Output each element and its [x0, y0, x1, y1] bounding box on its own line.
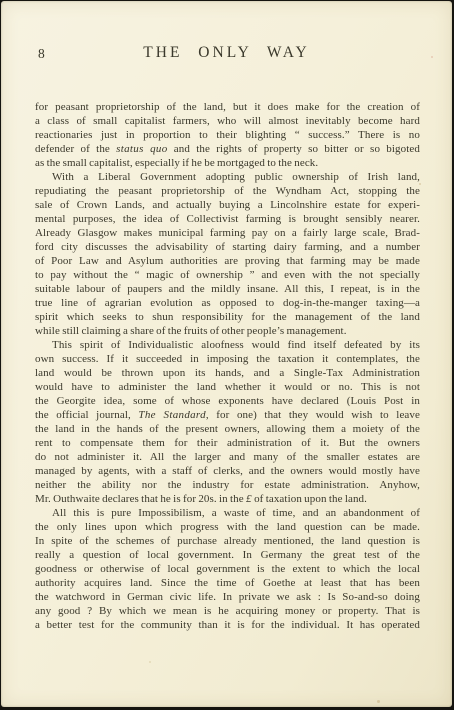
text-segment: In spite of the schemes of purchase alre… [35, 535, 420, 547]
text-segment: any good ? By which we mean is he acquir… [35, 605, 420, 617]
text-segment: repudiating the peasant proprietorship o… [35, 185, 420, 197]
text-segment: own success. If it succeeded in imposing… [35, 353, 420, 365]
text-line: the land in the hands of the present own… [35, 422, 420, 436]
text-line: defender of the status quo and the right… [35, 142, 420, 156]
text-line: rent to compensate them for their admini… [35, 436, 420, 450]
text-line: managed by agents, with a staff of clerk… [35, 464, 420, 478]
text-line: own success. If it succeeded in imposing… [35, 352, 420, 366]
text-segment: defender of the [35, 143, 116, 155]
text-segment: really a question of local government. I… [35, 549, 420, 561]
text-segment: would have to administer the land whethe… [35, 381, 420, 393]
text-segment: while still claiming a share of the frui… [35, 325, 347, 337]
running-head: 8 THE ONLY WAY [35, 44, 418, 64]
text-line: any good ? By which we mean is he acquir… [35, 604, 420, 618]
book-page: 8 THE ONLY WAY for peasant proprietorshi… [1, 1, 452, 707]
text-segment: sale of Crown Lands, and actually buying… [35, 199, 420, 211]
text-line: a class of small capitalist farmers, who… [35, 114, 420, 128]
text-line: the Georgite idea, some of whose exponen… [35, 394, 420, 408]
text-line: goodness or otherwise of local governmen… [35, 562, 420, 576]
text-line: a better test for the community than it … [35, 618, 420, 632]
text-segment: mental purposes, the idea of Collectivis… [35, 213, 420, 225]
text-segment: ford city discusses the advisability of … [35, 241, 420, 253]
text-segment: spirit which seeks to shun responsibilit… [35, 311, 420, 323]
text-segment: Already Glasgow makes municipal farming … [35, 227, 420, 239]
text-segment: true line of agrarian evolution as oppos… [35, 297, 420, 309]
paper-speck [419, 183, 421, 185]
text-segment: All this is pure Impossibilism, a waste … [52, 507, 420, 519]
text-line: sale of Crown Lands, and actually buying… [35, 198, 420, 212]
page-title: THE ONLY WAY [35, 44, 418, 62]
text-segment: a class of small capitalist farmers, who… [35, 115, 420, 127]
text-line: In spite of the schemes of purchase alre… [35, 534, 420, 548]
text-segment: Mr. Outhwaite declares that he is for 20… [35, 493, 246, 505]
text-line: of Poor Law and Asylum authorities are p… [35, 254, 420, 268]
text-line: the watchword in German civic life. In p… [35, 590, 420, 604]
paper-speck [149, 661, 151, 663]
text-segment: and the rights of property so bitter or … [168, 143, 420, 155]
text-line: Already Glasgow makes municipal farming … [35, 226, 420, 240]
text-segment: for peasant proprietorship of the land, … [35, 101, 420, 113]
text-line: ford city discusses the advisability of … [35, 240, 420, 254]
text-line: land would be thrown upon its hands, and… [35, 366, 420, 380]
text-segment: a better test for the community than it … [35, 619, 420, 631]
text-segment: With a Liberal Government adopting publi… [52, 171, 420, 183]
text-line: the only lines upon which progress with … [35, 520, 420, 534]
text-line: the official journal, The Standard, for … [35, 408, 420, 422]
text-segment: suitable labour of paupers and the mildl… [35, 283, 420, 295]
text-line: authority acquires land. Since the time … [35, 576, 420, 590]
text-line: spirit which seeks to shun responsibilit… [35, 310, 420, 324]
text-segment: land would be thrown upon its hands, and… [35, 367, 420, 379]
text-block: for peasant proprietorship of the land, … [35, 100, 420, 632]
text-line: suitable labour of paupers and the mildl… [35, 282, 420, 296]
text-line: really a question of local government. I… [35, 548, 420, 562]
text-segment: The Standard [138, 409, 205, 421]
text-segment: the official journal, [35, 409, 138, 421]
text-segment: do not administer it. All the larger and… [35, 451, 420, 463]
text-segment: managed by agents, with a staff of clerk… [35, 465, 420, 477]
text-line: do not administer it. All the larger and… [35, 450, 420, 464]
page-number: 8 [38, 47, 45, 61]
text-line: as the small capitalist, especially if h… [35, 156, 420, 170]
text-segment: of taxation upon the land. [252, 493, 367, 505]
text-segment: authority acquires land. Since the time … [35, 577, 420, 589]
text-segment: the Georgite idea, some of whose exponen… [35, 395, 420, 407]
paper-speck [377, 700, 380, 703]
text-segment: the land in the hands of the present own… [35, 423, 420, 435]
text-line: neither the ability nor the industry for… [35, 478, 420, 492]
text-line: All this is pure Impossibilism, a waste … [35, 506, 420, 520]
text-line: for peasant proprietorship of the land, … [35, 100, 420, 114]
text-line: repudiating the peasant proprietorship o… [35, 184, 420, 198]
text-segment: , for one) that they would wish to leave [206, 409, 420, 421]
text-line: This spirit of Individualistic aloofness… [35, 338, 420, 352]
text-line: would have to administer the land whethe… [35, 380, 420, 394]
text-segment: goodness or otherwise of local governmen… [35, 563, 420, 575]
text-line: while still claiming a share of the frui… [35, 324, 420, 338]
text-segment: rent to compensate them for their admini… [35, 437, 420, 449]
text-line: mental purposes, the idea of Collectivis… [35, 212, 420, 226]
text-segment: the only lines upon which progress with … [35, 521, 420, 533]
text-segment: This spirit of Individualistic aloofness… [52, 339, 420, 351]
text-line: Mr. Outhwaite declares that he is for 20… [35, 492, 420, 506]
text-segment: reactionaries just in proportion to thei… [35, 129, 420, 141]
text-segment: status quo [116, 143, 167, 155]
text-line: to pay without the “ magic of ownership … [35, 268, 420, 282]
text-segment: to pay without the “ magic of ownership … [35, 269, 420, 281]
text-segment: neither the ability nor the industry for… [35, 479, 420, 491]
paper-speck [431, 56, 433, 58]
text-segment: the watchword in German civic life. In p… [35, 591, 420, 603]
text-segment: as the small capitalist, especially if h… [35, 157, 318, 169]
text-line: true line of agrarian evolution as oppos… [35, 296, 420, 310]
text-line: With a Liberal Government adopting publi… [35, 170, 420, 184]
text-line: reactionaries just in proportion to thei… [35, 128, 420, 142]
text-segment: of Poor Law and Asylum authorities are p… [35, 255, 420, 267]
